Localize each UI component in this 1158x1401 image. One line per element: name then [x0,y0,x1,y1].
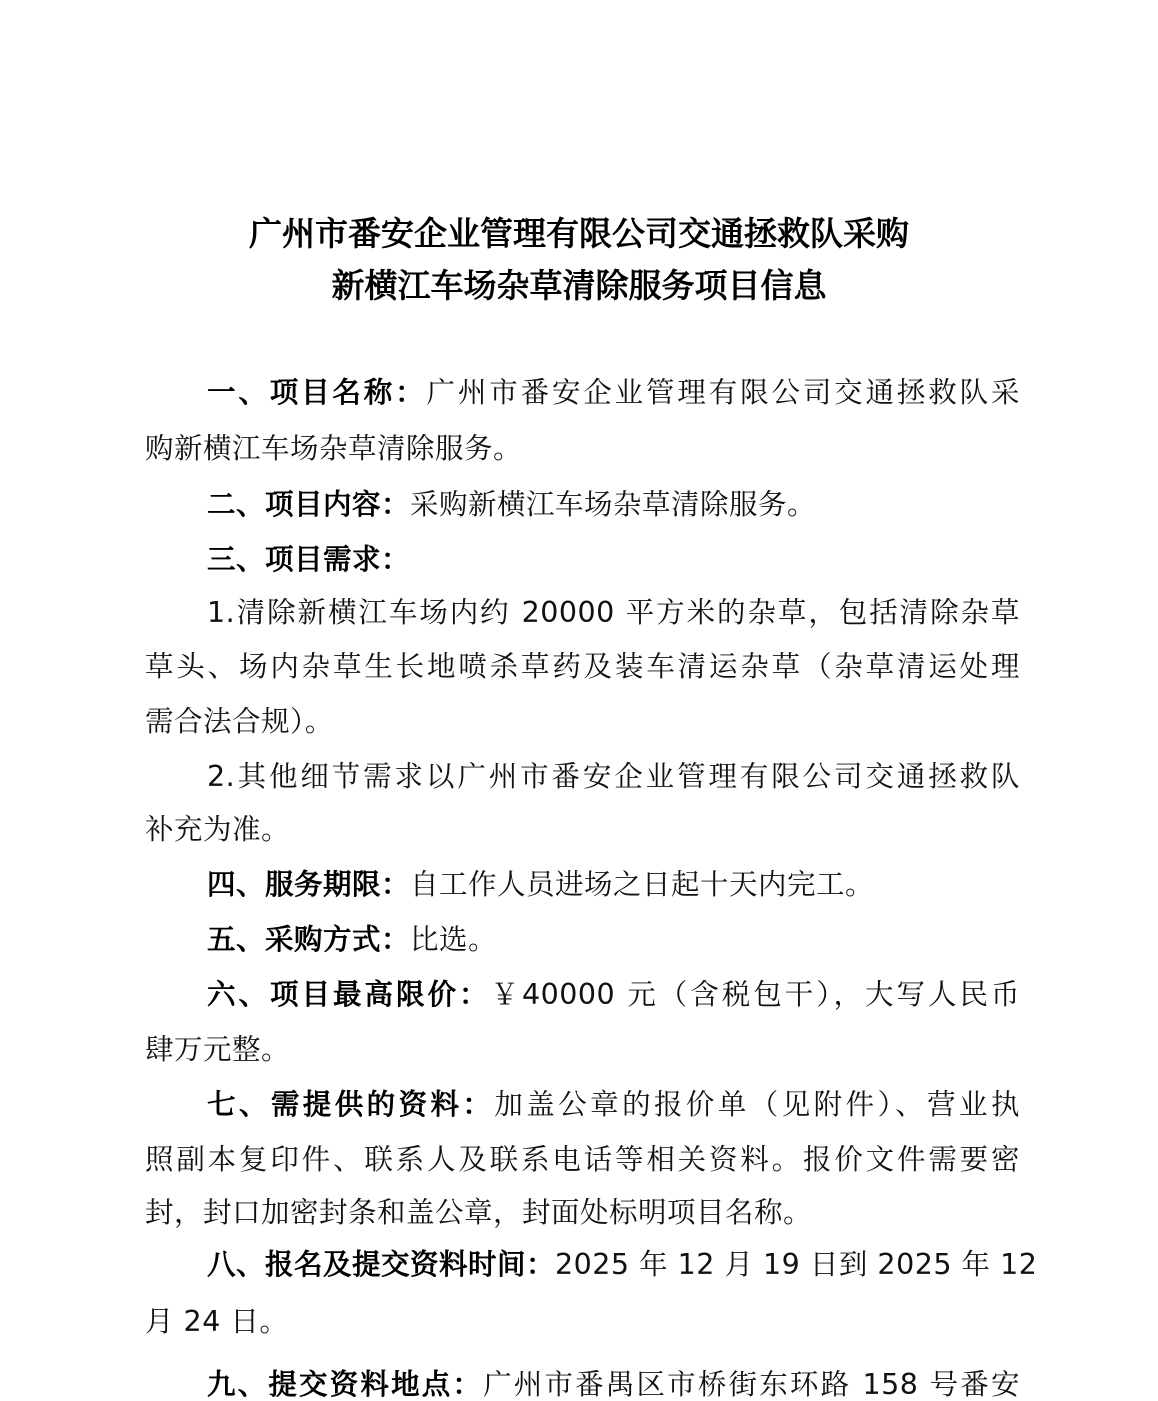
section-max-price: 六、项目最高限价：￥40000 元（含税包干），大写人民币 [207,975,1020,1015]
section-text: 自工作人员进场之日起十天内完工。 [410,868,874,901]
section-label: 八、报名及提交资料时间： [207,1248,555,1281]
section-label: 九、提交资料地点： [207,1368,483,1401]
section-procurement-method: 五、采购方式：比选。 [207,920,1020,960]
document-title-line-1: 广州市番安企业管理有限公司交通拯救队采购 [0,212,1158,256]
section-submission-time-cont: 月 24 日。 [145,1302,1020,1342]
document-title-line-2: 新横江车场杂草清除服务项目信息 [0,264,1158,308]
section-required-materials-cont-2: 封，封口加密封条和盖公章，封面处标明项目名称。 [145,1193,1020,1233]
requirement-1-line-2: 草头、场内杂草生长地喷杀草药及装车清运杂草（杂草清运处理 [145,647,1020,687]
section-project-content: 二、项目内容：采购新横江车场杂草清除服务。 [207,485,1020,525]
section-label: 四、服务期限： [207,868,410,901]
document-page: 广州市番安企业管理有限公司交通拯救队采购 新横江车场杂草清除服务项目信息 一、项… [0,0,1158,1401]
section-label: 七、需提供的资料： [207,1088,494,1121]
section-project-name: 一、项目名称：广州市番安企业管理有限公司交通拯救队采 [207,373,1020,413]
section-max-price-cont: 肆万元整。 [145,1030,1020,1070]
section-label: 六、项目最高限价： [207,978,491,1011]
section-required-materials: 七、需提供的资料：加盖公章的报价单（见附件）、营业执 [207,1085,1020,1125]
section-text: 加盖公章的报价单（见附件）、营业执 [494,1088,1020,1121]
section-submission-location: 九、提交资料地点：广州市番禺区市桥街东环路 158 号番安 [207,1365,1020,1401]
section-text: 广州市番安企业管理有限公司交通拯救队采 [427,376,1020,409]
section-text: 采购新横江车场杂草清除服务。 [410,488,816,521]
section-project-requirements: 三、项目需求： [207,540,1020,580]
section-label: 一、项目名称： [207,376,427,409]
section-label: 二、项目内容： [207,488,410,521]
requirement-1-line-3: 需合法合规）。 [145,702,1020,742]
requirement-1-line-1: 1.清除新横江车场内约 20000 平方米的杂草，包括清除杂草 [207,593,1020,633]
section-text: ￥40000 元（含税包干），大写人民币 [491,978,1020,1011]
section-label: 五、采购方式： [207,923,410,956]
section-text: 比选。 [410,923,497,956]
requirement-2-line-2: 补充为准。 [145,810,1020,850]
requirement-2-line-1: 2.其他细节需求以广州市番安企业管理有限公司交通拯救队 [207,757,1020,797]
section-label: 三、项目需求： [207,543,410,576]
section-service-period: 四、服务期限：自工作人员进场之日起十天内完工。 [207,865,1020,905]
section-submission-time: 八、报名及提交资料时间：2025 年 12 月 19 日到 2025 年 12 [207,1245,1020,1285]
section-required-materials-cont-1: 照副本复印件、联系人及联系电话等相关资料。报价文件需要密 [145,1140,1020,1180]
section-project-name-cont: 购新横江车场杂草清除服务。 [145,429,1020,469]
section-text: 2025 年 12 月 19 日到 2025 年 12 [555,1248,1037,1281]
section-text: 广州市番禺区市桥街东环路 158 号番安 [483,1368,1020,1401]
